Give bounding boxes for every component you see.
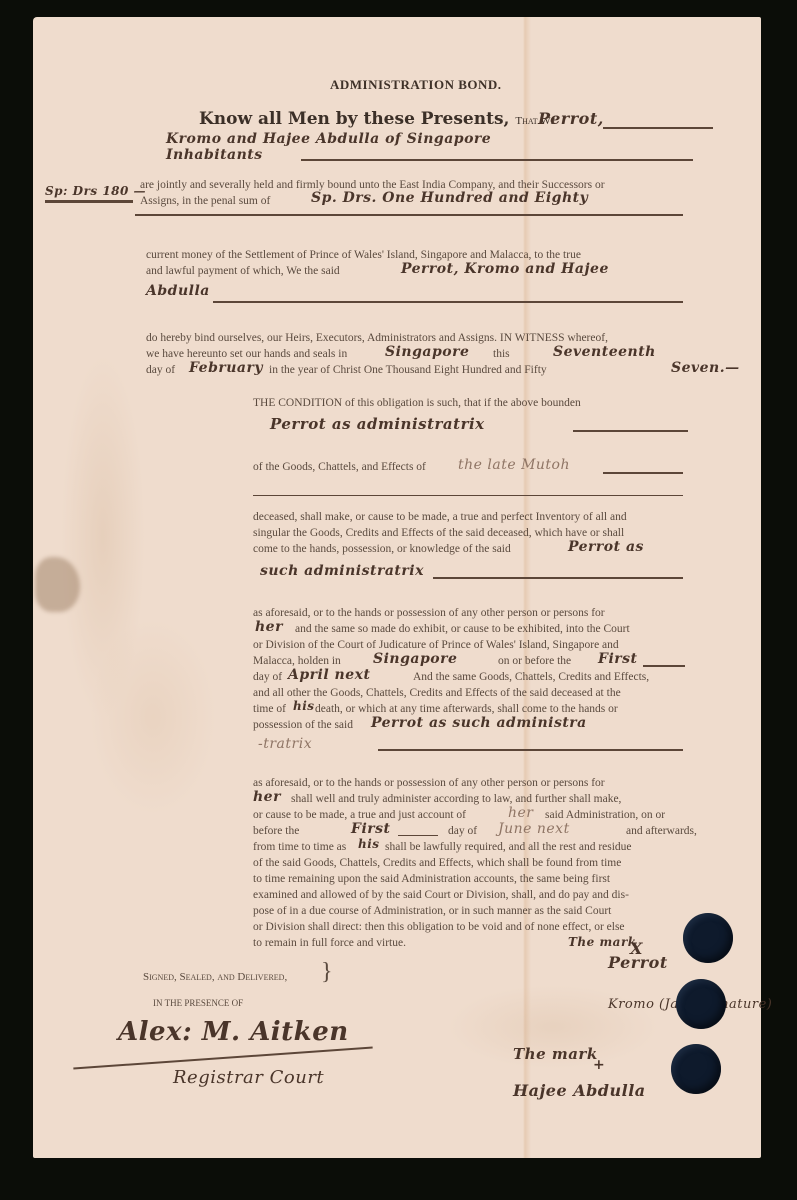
fill-line <box>603 127 713 129</box>
said-names-hand-1: Perrot, Kromo and Hajee <box>401 261 609 277</box>
para6-line2: shall well and truly administer accordin… <box>291 791 621 807</box>
para5-day-hand: April next <box>288 667 370 683</box>
day-hand: Seventeenth <box>553 344 656 360</box>
penal-sum-hand: Sp. Drs. One Hundred and Eighty <box>311 190 588 206</box>
para6-afterwards: and afterwards, <box>626 823 697 839</box>
para1-line2: Assigns, in the penal sum of <box>140 193 270 209</box>
sig3-mark-label: The mark <box>513 1045 598 1063</box>
obligor-hand-2: Kromo and Hajee Abdulla of Singapore <box>166 131 491 147</box>
fill-line <box>301 159 693 161</box>
month-hand: February <box>189 360 263 376</box>
condition-intro: THE CONDITION of this obligation is such… <box>253 395 581 411</box>
para4-hand-2: such administratrix <box>260 563 424 579</box>
in-presence-label: in the presence of <box>153 995 243 1011</box>
para6-required: shall be lawfully required, and all the … <box>385 839 632 855</box>
para6-account-hand: her <box>508 805 534 821</box>
para5-line-and-same: And the same Goods, Chattels, Credits an… <box>413 669 649 685</box>
signed-sealed-label: Signed, Sealed, and Delivered, <box>143 969 287 985</box>
para6-before: before the <box>253 823 299 839</box>
goods-of-label: of the Goods, Chattels, and Effects of <box>253 459 426 475</box>
para5-continued-hand: -tratrix <box>258 736 312 752</box>
para6-line6: of the said Goods, Chattels, Credits and… <box>253 855 621 871</box>
para6-line1: as aforesaid, or to the hands or possess… <box>253 775 605 791</box>
witness-title: Registrar Court <box>173 1067 324 1088</box>
para5-possession: possession of the said <box>253 717 353 733</box>
para6-before-hand: First <box>351 821 390 837</box>
document-page: ADMINISTRATION BOND. Know all Men by the… <box>33 17 761 1158</box>
witness-signature: Alex: M. Aitken <box>118 1017 349 1047</box>
sig1-name: Perrot <box>608 953 668 972</box>
para5-before-hand: First <box>598 651 637 667</box>
administrator-hand: Perrot as administratrix <box>270 415 485 433</box>
fill-line <box>603 472 683 474</box>
fill-line <box>253 495 683 496</box>
para6-as-hand: his <box>358 837 380 851</box>
sig1-mark-label: The mark <box>568 935 637 949</box>
wax-seal-2 <box>676 979 726 1029</box>
sig3-mark: + <box>593 1057 605 1073</box>
para5-time-hand: his <box>293 699 315 713</box>
fill-line <box>378 749 683 751</box>
opening-text: Know all Men by these Presents, <box>199 109 509 129</box>
para6-line8: examined and allowed of by the said Cour… <box>253 887 629 903</box>
para6-time: from time to time as <box>253 839 346 855</box>
para4-hand-1: Perrot as <box>568 539 644 555</box>
para2-line2: and lawful payment of which, We the said <box>146 263 340 279</box>
para5-before: on or before the <box>498 653 571 669</box>
fill-line <box>643 665 685 667</box>
para4-line1: deceased, shall make, or cause to be mad… <box>253 509 627 525</box>
para6-line9: pose of in a due course of Administratio… <box>253 903 611 919</box>
para5-time-of: time of <box>253 701 286 717</box>
wax-seal-3 <box>671 1044 721 1094</box>
obligor-hand-1: Perrot, <box>538 109 604 128</box>
deceased-hand: the late Mutoh <box>458 457 570 473</box>
fill-line <box>213 301 683 303</box>
para4-line3: come to the hands, possession, or knowle… <box>253 541 511 557</box>
para3-year-text: in the year of Christ One Thousand Eight… <box>269 362 547 378</box>
ink-stain <box>35 557 80 612</box>
para6-line11: to remain in full force and virtue. <box>253 935 406 951</box>
para3-day-of: day of <box>146 362 175 378</box>
para5-day-of: day of <box>253 669 282 685</box>
margin-underline <box>45 200 133 203</box>
para6-day-of: day of <box>448 823 477 839</box>
place-hand: Singapore <box>385 344 469 360</box>
fill-line <box>433 577 683 579</box>
para5-for-hand: her <box>255 619 283 635</box>
obligor-hand-3: Inhabitants <box>166 147 263 163</box>
opening-phrase: Know all Men by these Presents, That We <box>199 109 555 129</box>
para3-this: this <box>493 346 510 362</box>
brace: } <box>321 959 333 986</box>
para6-day-hand: June next <box>498 821 570 837</box>
para5-line2: and the same so made do exhibit, or caus… <box>295 621 630 637</box>
sig3-name: Hajee Abdulla <box>513 1081 646 1100</box>
year-hand: Seven.— <box>671 360 740 376</box>
wax-seal-1 <box>683 913 733 963</box>
para3-line1: do hereby bind ourselves, our Heirs, Exe… <box>146 330 608 346</box>
fill-line <box>398 835 438 836</box>
fill-line <box>135 214 683 216</box>
para5-line1: as aforesaid, or to the hands or possess… <box>253 605 605 621</box>
document-title: ADMINISTRATION BOND. <box>330 77 502 93</box>
para6-line7: to time remaining upon the said Administ… <box>253 871 610 887</box>
para6-for-hand: her <box>253 789 281 805</box>
said-names-hand-2: Abdulla <box>146 283 210 299</box>
margin-amount: Sp: Drs 180 — <box>45 184 146 198</box>
para5-holden-hand: Singapore <box>373 651 457 667</box>
para6-line10: or Division shall direct: then this obli… <box>253 919 625 935</box>
fill-line <box>573 430 688 432</box>
para5-possession-hand: Perrot as such administra <box>371 715 587 731</box>
